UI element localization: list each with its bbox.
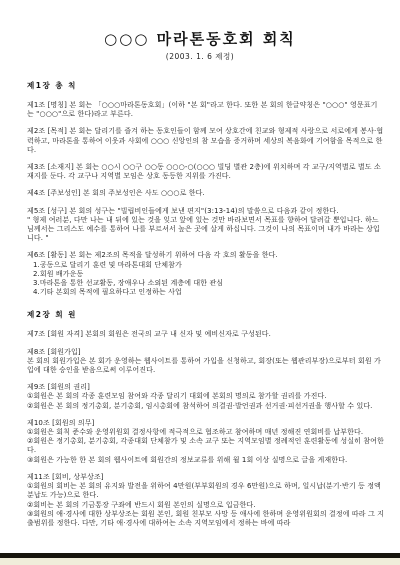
article-paragraph: ①회원은 회칙 준수와 운영위원회 결정사항에 적극적으로 협조하고 참여하며 … [27, 428, 384, 437]
article-paragraph: 제7조 [회원 자격] 본회의 회원은 전국의 교구 내 신자 및 예비신자로 … [27, 330, 384, 339]
article: 제11조 [회비, 상부상조]①회원의 회비는 본 회의 유지와 발전을 위하여… [27, 473, 384, 528]
article-paragraph: ②회원은 정기총회, 분기총회, 각종대회 단체참가 및 소속 교구 또는 지역… [27, 437, 384, 455]
article-paragraph: 제10조 [회원의 의무] [27, 419, 384, 428]
article-paragraph: 제4조 [주보성인] 본 회의 주보성인은 사도 ○○○로 한다. [27, 189, 384, 198]
article-paragraph: 제8조 [회원가입] [27, 348, 384, 357]
article-list-item: 4.기타 본회의 목적에 필요하다고 인정하는 사업 [27, 288, 384, 297]
article-paragraph: 제3조 [소재지] 본 회는 ○○시 ○○구 ○○동 ○○○-○(○○○ 빌딩 … [27, 163, 384, 181]
document-subtitle: (2003. 1. 6 제정) [0, 51, 400, 62]
article-paragraph: ②회원은 본 회의 정기총회, 분기총회, 임시총회에 참석하여 의결권·발언권… [27, 402, 384, 411]
article: 제8조 [회원가입]본 회의 회원가입은 본 회가 운영하는 웹사이트를 통하여… [27, 348, 384, 376]
article-list-item: 3.마라톤을 통한 선교활동, 장애우나 소외된 계층에 대한 관심 [27, 279, 384, 288]
article: 제6조 [활동] 본 회는 제2조의 목적을 달성하기 위하여 다음 각 호의 … [27, 251, 384, 297]
article-paragraph: 제11조 [회비, 상부상조] [27, 473, 384, 482]
article-paragraph: ②회비는 본 회의 기금통장 구좌에 반드시 회원 본인의 실명으로 입금한다. [27, 501, 384, 510]
document-body: 제1장 총 칙제1조 [명칭] 본 회는 「○○○마라톤동호회」(이하 "본 회… [27, 68, 384, 536]
article-paragraph: ①회원은 본 회의 각종 훈련모임 참여와 각종 달리기 대회에 본회의 명의로… [27, 392, 384, 401]
article: 제2조 [목적] 본 회는 달리기를 즐겨 하는 동호인들이 함께 모여 상호간… [27, 127, 384, 155]
chapter-heading: 제1장 총 칙 [27, 80, 384, 91]
article-paragraph: 제1조 [명칭] 본 회는 「○○○마라톤동호회」(이하 "본 회"라고 한다.… [27, 101, 384, 119]
article: 제5조 [성구] 본 회의 성구는 "빌립비인들에게 보낸 편지"(3:13-1… [27, 207, 384, 244]
article: 제10조 [회원의 의무]①회원은 회칙 준수와 운영위원회 결정사항에 적극적… [27, 419, 384, 465]
article: 제4조 [주보성인] 본 회의 주보성인은 사도 ○○○로 한다. [27, 189, 384, 198]
article-paragraph: 제6조 [활동] 본 회는 제2조의 목적을 달성하기 위하여 다음 각 호의 … [27, 251, 384, 260]
article-list-item: 1.공동으로 달리기 훈련 및 마라톤대회 단체참가 [27, 261, 384, 270]
article: 제9조 [회원의 권리]①회원은 본 회의 각종 훈련모임 참여와 각종 달리기… [27, 383, 384, 411]
article: 제3조 [소재지] 본 회는 ○○시 ○○구 ○○동 ○○○-○(○○○ 빌딩 … [27, 163, 384, 181]
article-paragraph: " 형제 여러분, 다만 나는 내 뒤에 있는 것을 잊고 앞에 있는 것만 바… [27, 216, 384, 244]
document-title: ○○○ 마라톤동호회 회칙 [0, 28, 400, 49]
article: 제7조 [회원 자격] 본회의 회원은 전국의 교구 내 신자 및 예비신자로 … [27, 330, 384, 339]
article-paragraph: 제2조 [목적] 본 회는 달리기를 즐겨 하는 동호인들이 함께 모여 상호간… [27, 127, 384, 155]
article-paragraph: 본 회의 회원가입은 본 회가 운영하는 웹사이트를 통하여 가입을 신청하고,… [27, 357, 384, 375]
article: 제1조 [명칭] 본 회는 「○○○마라톤동호회」(이하 "본 회"라고 한다.… [27, 101, 384, 119]
article-paragraph: ①회원의 회비는 본 회의 유지와 발전을 위하여 4만원(부부회원의 경우 6… [27, 482, 384, 500]
page-bottom-border-strip [0, 558, 400, 565]
article-paragraph: 제5조 [성구] 본 회의 성구는 "빌립비인들에게 보낸 편지"(3:13-1… [27, 207, 384, 216]
article-list-item: 2.회원 배가운동 [27, 270, 384, 279]
article-paragraph: ③회원의 애·경사에 대한 상부상조는 회원 본인, 회원 친부모 사망 등 애… [27, 510, 384, 528]
document-page: ○○○ 마라톤동호회 회칙 (2003. 1. 6 제정) 제1장 총 칙제1조… [0, 0, 400, 565]
chapter-heading: 제2장 회 원 [27, 309, 384, 320]
article-paragraph: ③회원은 가능한 한 본 회의 웹사이트에 회원간의 정보교류를 위해 월 1회… [27, 456, 384, 465]
